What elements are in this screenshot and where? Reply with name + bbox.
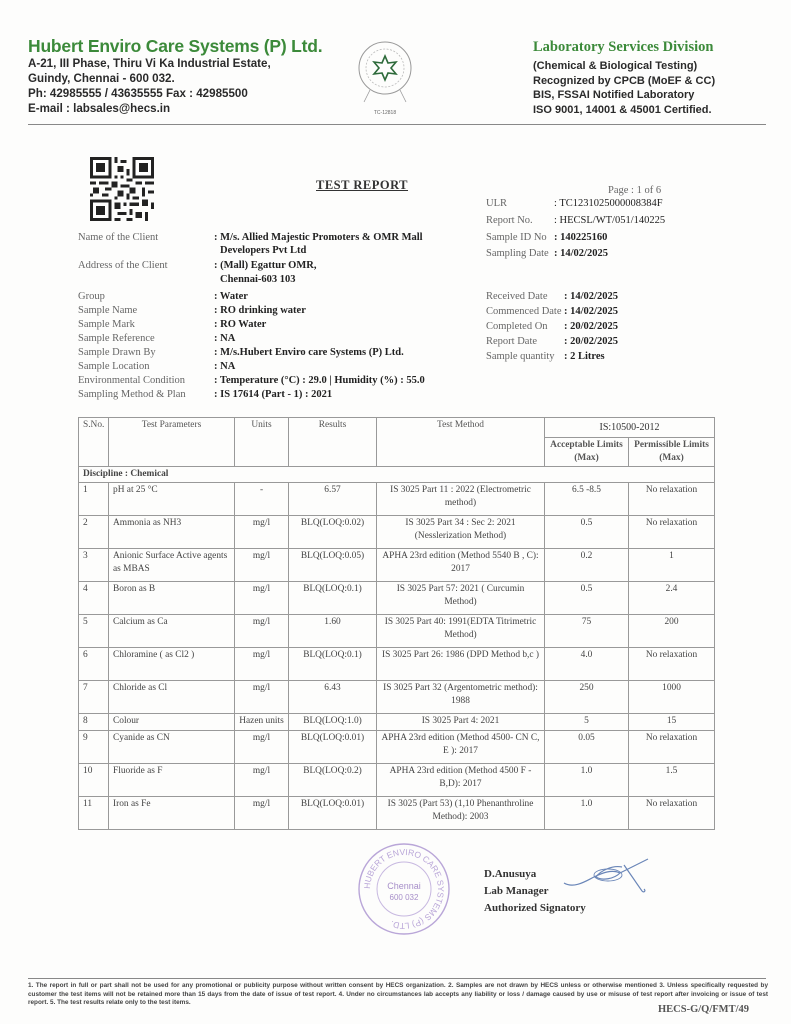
client-name-value-cont: Developers Pvt Ltd	[220, 245, 306, 256]
company-stamp-icon: HUBERT ENVIRO CARE SYSTEMS (P) LTD. Chen…	[357, 842, 451, 936]
client-address-value: : (Mall) Egattur OMR,	[214, 260, 316, 271]
footer-divider	[28, 978, 766, 979]
table-row: 6Chloramine ( as Cl2 )mg/lBLQ(LOQ:0.1)IS…	[79, 648, 715, 681]
letterhead-division-block: Laboratory Services Division (Chemical &…	[533, 38, 773, 117]
meta-label: Report No.	[486, 215, 533, 226]
meta-label: Commenced Date	[486, 306, 562, 317]
row-acceptable-limit: 250	[545, 681, 629, 714]
table-row: 10Fluoride as Fmg/lBLQ(LOQ:0.2)APHA 23rd…	[79, 764, 715, 797]
table-row: 4Boron as Bmg/lBLQ(LOQ:0.1)IS 3025 Part …	[79, 582, 715, 615]
table-row: 5Calcium as Camg/l1.60IS 3025 Part 40: 1…	[79, 615, 715, 648]
row-units: mg/l	[235, 582, 289, 615]
row-permissible-limit: 200	[629, 615, 715, 648]
col-header-acceptable: Acceptable Limits (Max)	[545, 438, 629, 467]
row-sno: 1	[79, 483, 109, 516]
row-result: BLQ(LOQ:0.2)	[289, 764, 377, 797]
row-units: mg/l	[235, 797, 289, 830]
row-sno: 7	[79, 681, 109, 714]
row-units: mg/l	[235, 764, 289, 797]
table-row: 9Cyanide as CNmg/lBLQ(LOQ:0.01)APHA 23rd…	[79, 731, 715, 764]
row-parameter: Ammonia as NH3	[109, 516, 235, 549]
col-header-units: Units	[235, 418, 289, 467]
meta-label: Sampling Date	[486, 248, 549, 259]
row-sno: 6	[79, 648, 109, 681]
division-title: Laboratory Services Division	[533, 38, 773, 56]
report-no-value: : HECSL/WT/051/140225	[554, 215, 665, 226]
col-header-parameter: Test Parameters	[109, 418, 235, 467]
row-acceptable-limit: 6.5 -8.5	[545, 483, 629, 516]
accreditation-seal-icon: TC-12818	[352, 38, 418, 118]
report-date-value: : 20/02/2025	[564, 336, 618, 347]
page-indicator: Page : 1 of 6	[608, 185, 661, 196]
svg-text:600 032: 600 032	[390, 893, 419, 902]
row-method: APHA 23rd edition (Method 4500- CN C, E …	[377, 731, 545, 764]
row-parameter: Chloride as Cl	[109, 681, 235, 714]
row-result: 6.57	[289, 483, 377, 516]
meta-label: Sample ID No	[486, 232, 547, 243]
row-parameter: Anionic Surface Active agents as MBAS	[109, 549, 235, 582]
ulr-value: : TC1231025000008384F	[554, 198, 663, 209]
row-units: mg/l	[235, 731, 289, 764]
row-acceptable-limit: 1.0	[545, 764, 629, 797]
meta-label: Sample Drawn By	[78, 347, 156, 358]
row-permissible-limit: 1	[629, 549, 715, 582]
row-units: mg/l	[235, 615, 289, 648]
footer-terms: 1. The report in full or part shall not …	[28, 982, 768, 1008]
group-value: : Water	[214, 291, 248, 302]
report-title: TEST REPORT	[316, 178, 408, 193]
email-line: E-mail : labsales@hecs.in	[28, 101, 348, 116]
row-acceptable-limit: 5	[545, 714, 629, 731]
row-acceptable-limit: 0.05	[545, 731, 629, 764]
received-date-value: : 14/02/2025	[564, 291, 618, 302]
row-method: IS 3025 Part 57: 2021 ( Curcumin Method)	[377, 582, 545, 615]
row-units: mg/l	[235, 549, 289, 582]
row-method: IS 3025 Part 4: 2021	[377, 714, 545, 731]
row-result: BLQ(LOQ:0.1)	[289, 648, 377, 681]
meta-label: Name of the Client	[78, 232, 158, 243]
row-parameter: Calcium as Ca	[109, 615, 235, 648]
discipline-label: Discipline : Chemical	[79, 467, 715, 483]
client-details: Name of the Client : M/s. Allied Majesti…	[78, 232, 478, 412]
row-sno: 9	[79, 731, 109, 764]
row-method: IS 3025 (Part 53) (1,10 Phenanthroline M…	[377, 797, 545, 830]
meta-label: Sample Mark	[78, 319, 135, 330]
meta-label: Completed On	[486, 321, 548, 332]
row-sno: 10	[79, 764, 109, 797]
row-method: IS 3025 Part 34 : Sec 2: 2021 (Nessleriz…	[377, 516, 545, 549]
row-permissible-limit: 15	[629, 714, 715, 731]
row-permissible-limit: No relaxation	[629, 516, 715, 549]
row-parameter: Cyanide as CN	[109, 731, 235, 764]
address-line: A-21, III Phase, Thiru Vi Ka Industrial …	[28, 56, 348, 71]
row-parameter: Colour	[109, 714, 235, 731]
col-header-method: Test Method	[377, 418, 545, 467]
meta-label: Sample quantity	[486, 351, 555, 362]
row-parameter: Fluoride as F	[109, 764, 235, 797]
row-result: 6.43	[289, 681, 377, 714]
meta-label: Address of the Client	[78, 260, 168, 271]
row-sno: 8	[79, 714, 109, 731]
sample-drawn-by-value: : M/s.Hubert Enviro care Systems (P) Ltd…	[214, 347, 404, 358]
sampling-date-value: : 14/02/2025	[554, 248, 608, 259]
row-acceptable-limit: 0.5	[545, 582, 629, 615]
row-acceptable-limit: 0.5	[545, 516, 629, 549]
row-acceptable-limit: 1.0	[545, 797, 629, 830]
row-parameter: pH at 25 °C	[109, 483, 235, 516]
address-line: Guindy, Chennai - 600 032.	[28, 71, 348, 86]
sample-mark-value: : RO Water	[214, 319, 266, 330]
row-permissible-limit: 2.4	[629, 582, 715, 615]
row-acceptable-limit: 4.0	[545, 648, 629, 681]
row-method: IS 3025 Part 40: 1991(EDTA Titrimetric M…	[377, 615, 545, 648]
row-permissible-limit: No relaxation	[629, 648, 715, 681]
row-units: mg/l	[235, 681, 289, 714]
phone-line: Ph: 42985555 / 43635555 Fax : 42985500	[28, 86, 348, 101]
meta-label: Report Date	[486, 336, 537, 347]
row-permissible-limit: No relaxation	[629, 731, 715, 764]
row-result: BLQ(LOQ:0.01)	[289, 797, 377, 830]
sample-quantity-value: : 2 Litres	[564, 351, 605, 362]
report-dates: Received Date : 14/02/2025 Commenced Dat…	[486, 291, 766, 371]
row-method: APHA 23rd edition (Method 5540 B , C): 2…	[377, 549, 545, 582]
table-row: 8ColourHazen unitsBLQ(LOQ:1.0)IS 3025 Pa…	[79, 714, 715, 731]
table-row: 7Chloride as Clmg/l6.43IS 3025 Part 32 (…	[79, 681, 715, 714]
row-method: IS 3025 Part 26: 1986 (DPD Method b,c )	[377, 648, 545, 681]
col-header-sno: S.No.	[79, 418, 109, 467]
qr-code-icon[interactable]	[90, 157, 154, 221]
header-divider	[28, 124, 766, 125]
row-units: mg/l	[235, 516, 289, 549]
test-results-table: S.No. Test Parameters Units Results Test…	[78, 417, 715, 830]
letterhead-company-block: Hubert Enviro Care Systems (P) Ltd. A-21…	[28, 36, 348, 116]
meta-label: Sample Reference	[78, 333, 155, 344]
commenced-date-value: : 14/02/2025	[564, 306, 618, 317]
sampling-method-value: : IS 17614 (Part - 1) : 2021	[214, 389, 332, 400]
row-sno: 2	[79, 516, 109, 549]
division-line: BIS, FSSAI Notified Laboratory	[533, 88, 773, 103]
meta-label: Sample Name	[78, 305, 137, 316]
col-header-results: Results	[289, 418, 377, 467]
row-result: BLQ(LOQ:0.01)	[289, 731, 377, 764]
row-parameter: Boron as B	[109, 582, 235, 615]
client-address-value-cont: Chennai-603 103	[220, 274, 296, 285]
row-permissible-limit: 1.5	[629, 764, 715, 797]
row-acceptable-limit: 75	[545, 615, 629, 648]
table-row: 2Ammonia as NH3mg/lBLQ(LOQ:0.02)IS 3025 …	[79, 516, 715, 549]
row-method: IS 3025 Part 11 : 2022 (Electrometric me…	[377, 483, 545, 516]
row-units: Hazen units	[235, 714, 289, 731]
row-sno: 5	[79, 615, 109, 648]
row-method: IS 3025 Part 32 (Argentometric method): …	[377, 681, 545, 714]
row-sno: 11	[79, 797, 109, 830]
row-result: BLQ(LOQ:0.1)	[289, 582, 377, 615]
row-units: -	[235, 483, 289, 516]
meta-label: Environmental Condition	[78, 375, 185, 386]
sample-id-value: : 140225160	[554, 232, 607, 243]
sample-location-value: : NA	[214, 361, 235, 372]
table-row: 3Anionic Surface Active agents as MBASmg…	[79, 549, 715, 582]
row-method: APHA 23rd edition (Method 4500 F -B,D): …	[377, 764, 545, 797]
completed-on-value: : 20/02/2025	[564, 321, 618, 332]
sample-name-value: : RO drinking water	[214, 305, 306, 316]
svg-text:TC-12818: TC-12818	[374, 110, 396, 116]
svg-text:Chennai: Chennai	[387, 881, 421, 891]
row-units: mg/l	[235, 648, 289, 681]
client-name-value: : M/s. Allied Majestic Promoters & OMR M…	[214, 232, 423, 243]
division-line: ISO 9001, 14001 & 45001 Certified.	[533, 103, 773, 118]
division-line: Recognized by CPCB (MoEF & CC)	[533, 74, 773, 89]
meta-label: Group	[78, 291, 105, 302]
meta-label: Sample Location	[78, 361, 149, 372]
table-row: 11Iron as Femg/lBLQ(LOQ:0.01)IS 3025 (Pa…	[79, 797, 715, 830]
row-parameter: Chloramine ( as Cl2 )	[109, 648, 235, 681]
signatory-role: Authorized Signatory	[484, 900, 586, 917]
col-header-standard: IS:10500-2012	[545, 418, 715, 438]
meta-label: Sampling Method & Plan	[78, 389, 186, 400]
meta-label: ULR	[486, 198, 507, 209]
division-line: (Chemical & Biological Testing)	[533, 59, 773, 74]
test-report-page: Hubert Enviro Care Systems (P) Ltd. A-21…	[0, 0, 791, 1024]
col-header-permissible: Permissible Limits (Max)	[629, 438, 715, 467]
row-result: 1.60	[289, 615, 377, 648]
row-acceptable-limit: 0.2	[545, 549, 629, 582]
row-permissible-limit: No relaxation	[629, 797, 715, 830]
meta-label: Received Date	[486, 291, 548, 302]
signature-icon	[560, 855, 652, 897]
row-permissible-limit: 1000	[629, 681, 715, 714]
sample-reference-value: : NA	[214, 333, 235, 344]
row-result: BLQ(LOQ:0.02)	[289, 516, 377, 549]
row-sno: 3	[79, 549, 109, 582]
form-number: HECS-G/Q/FMT/49	[658, 1004, 749, 1015]
environmental-condition-value: : Temperature (°C) : 29.0 | Humidity (%)…	[214, 375, 425, 386]
table-row: 1pH at 25 °C-6.57IS 3025 Part 11 : 2022 …	[79, 483, 715, 516]
row-result: BLQ(LOQ:1.0)	[289, 714, 377, 731]
report-identifiers: Page : 1 of 6 ULR : TC1231025000008384F …	[486, 185, 766, 265]
company-name: Hubert Enviro Care Systems (P) Ltd.	[28, 36, 348, 56]
row-sno: 4	[79, 582, 109, 615]
row-permissible-limit: No relaxation	[629, 483, 715, 516]
row-result: BLQ(LOQ:0.05)	[289, 549, 377, 582]
row-parameter: Iron as Fe	[109, 797, 235, 830]
